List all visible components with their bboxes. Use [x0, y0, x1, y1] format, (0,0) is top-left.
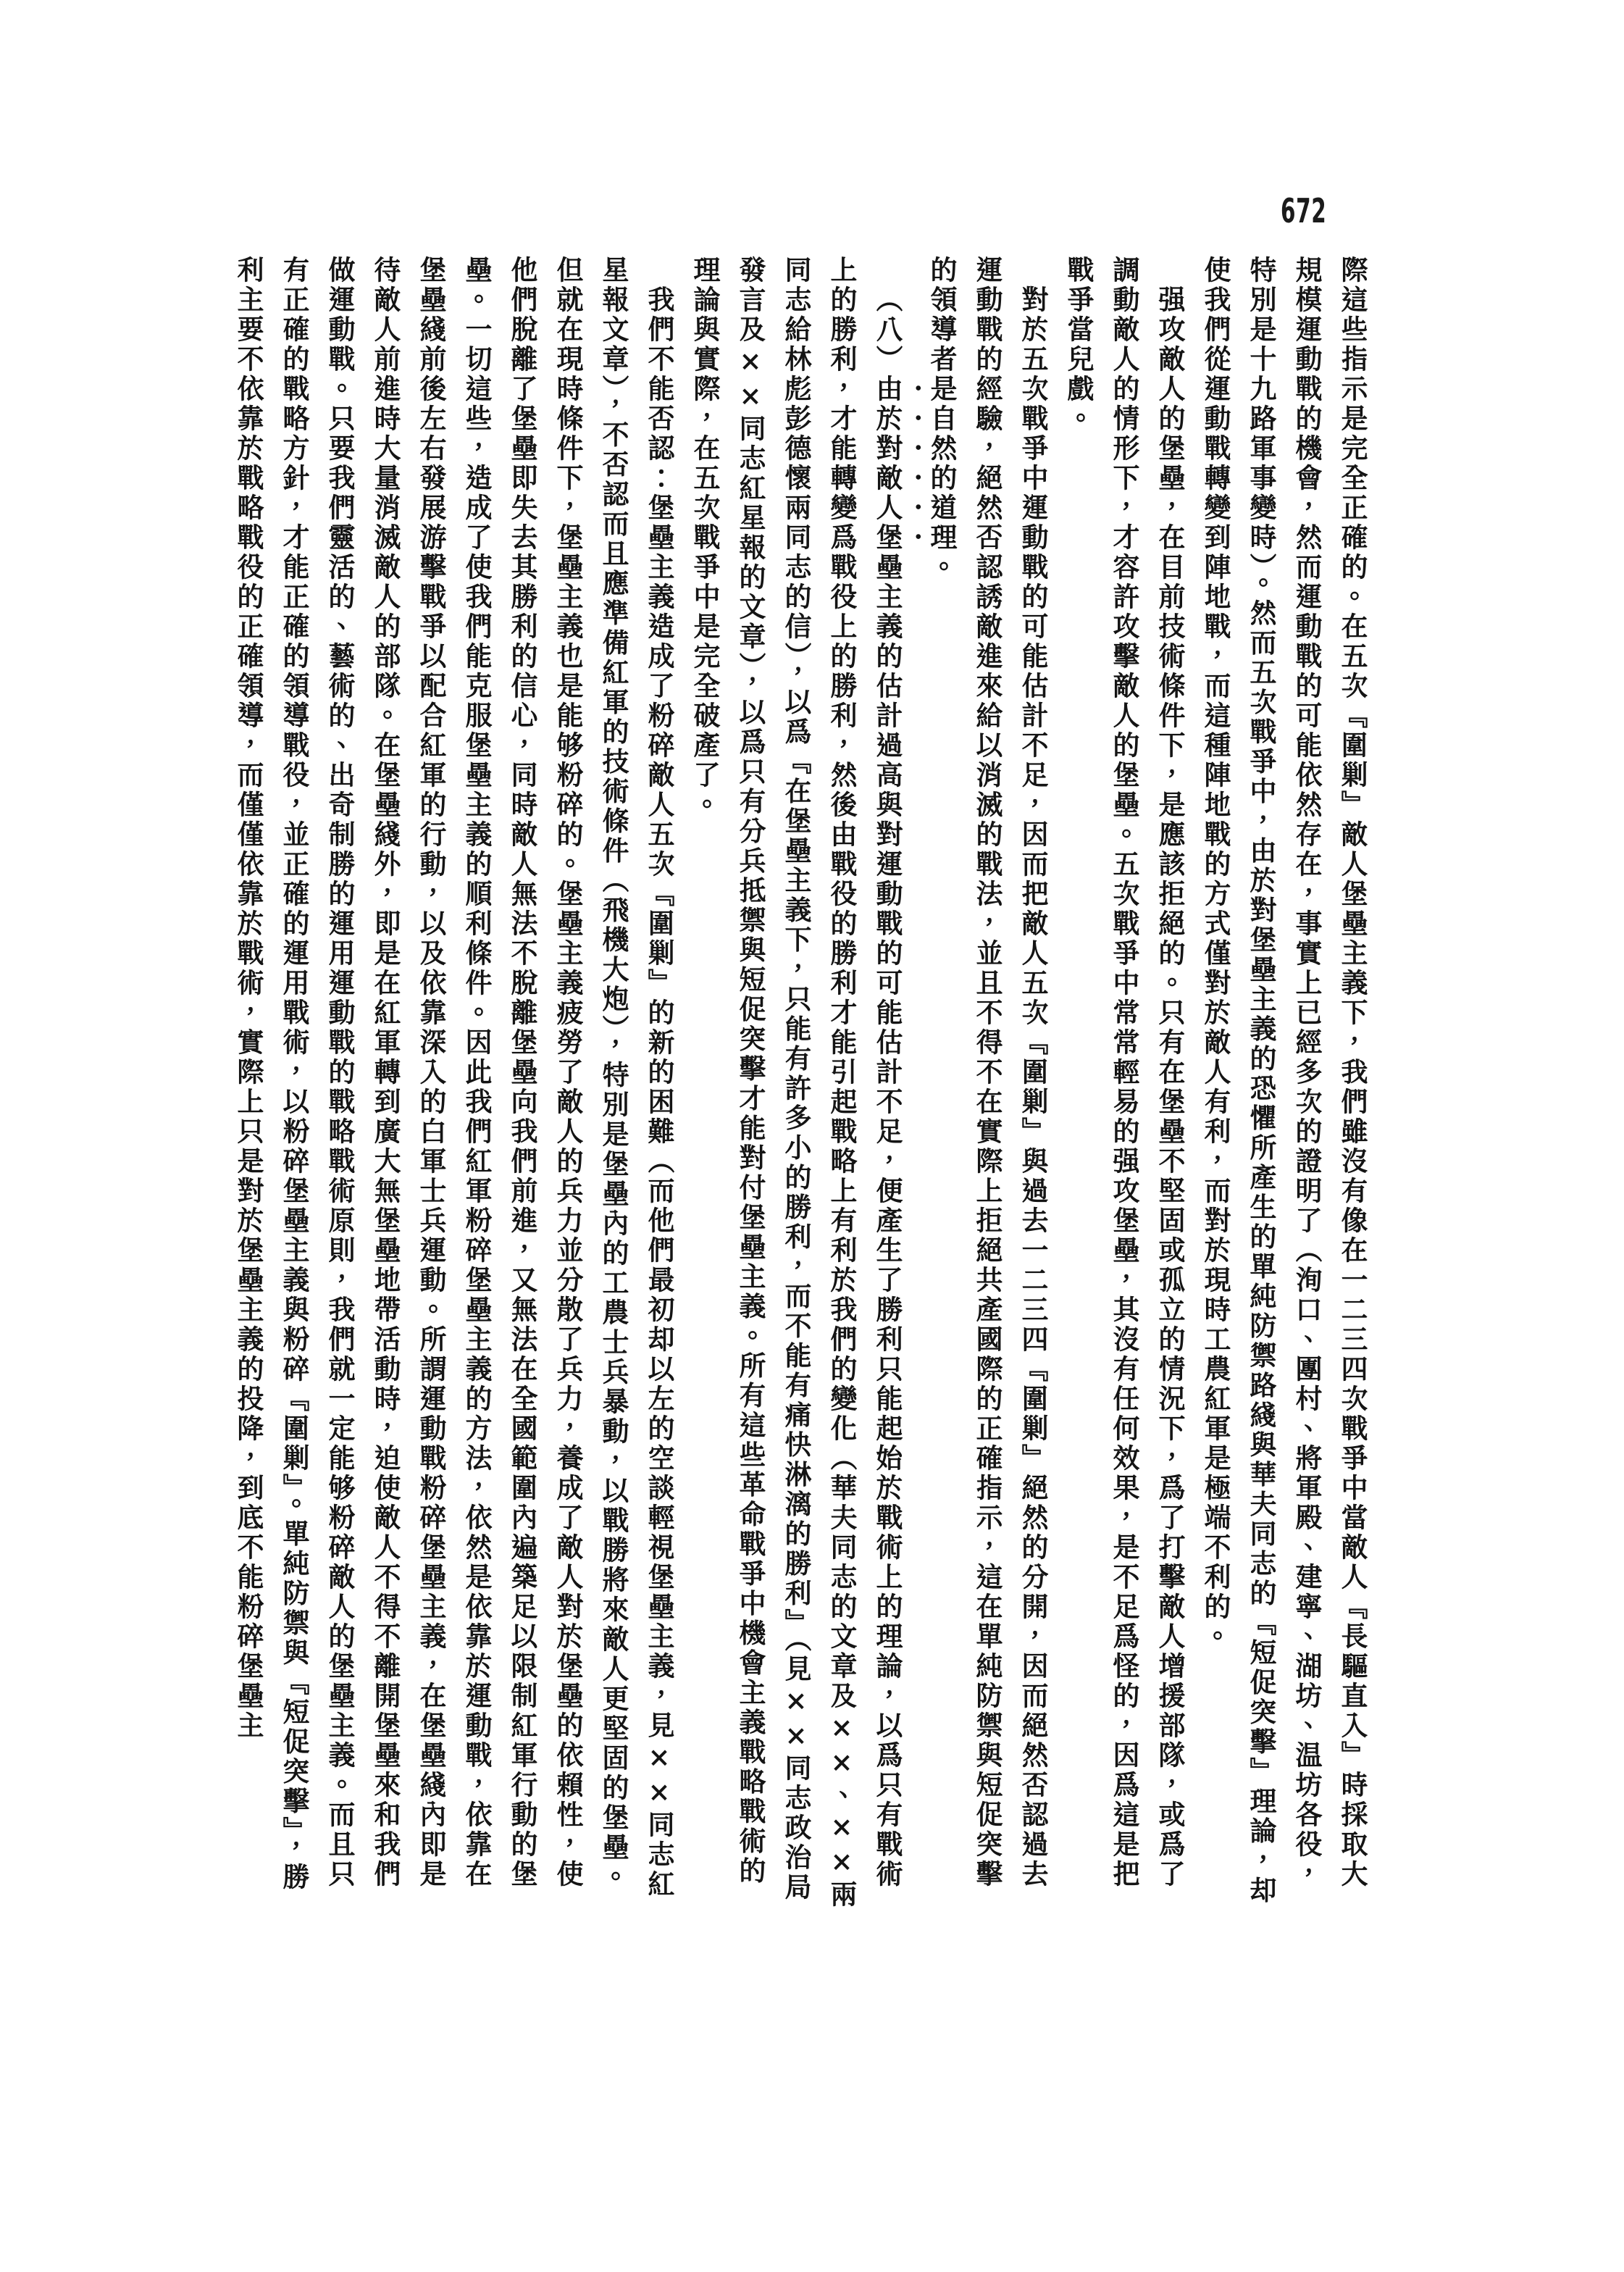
text-block: 際這些指示是完全正確的。在五次『圍剿』敵人堡壘主義下，我們雖沒有像在一二三四次戰… — [223, 256, 1375, 1915]
paragraph-3: 對於五次戰爭中運動戰的可能估計不足，因而把敵人五次『圍剿』與過去一二三四『圍剿』… — [910, 256, 1055, 1915]
paragraph-3-emphasized-phrase: 是自然的道理 — [926, 375, 958, 553]
page-number: 672 — [1281, 191, 1326, 230]
paragraph-5: 我們不能否認：堡壘主義造成了粉碎敵人五次『圍剿』的新的困難（而他們最初却以左的空… — [225, 256, 682, 1915]
scanned-page: 672 際這些指示是完全正確的。在五次『圍剿』敵人堡壘主義下，我們雖沒有像在一二… — [0, 0, 1624, 2272]
paragraph-2: 强攻敵人的堡壘，在目前技術條件下，是應該拒絕的。只有在堡壘不堅固或孤立的情況下，… — [1055, 256, 1192, 1915]
paragraph-4: （八）由於對敵人堡壘主義的估計過高與對運動戰的可能估計不足，便產生了勝利只能起始… — [682, 256, 910, 1915]
paragraph-1: 際這些指示是完全正確的。在五次『圍剿』敵人堡壘主義下，我們雖沒有像在一二三四次戰… — [1192, 256, 1375, 1915]
paragraph-3-period: 。 — [926, 553, 958, 582]
